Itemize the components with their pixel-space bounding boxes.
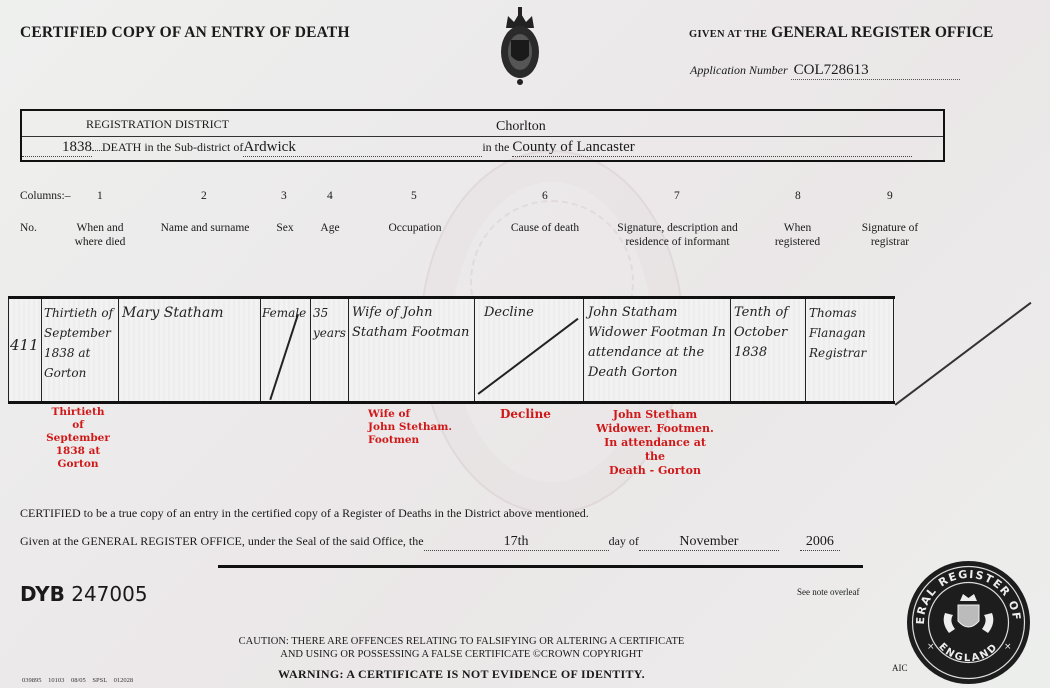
- column-number-4: 4: [327, 190, 333, 202]
- entry-when-where: Thirtieth of September 1838 at Gorton: [44, 303, 116, 383]
- entry-when-registered: Tenth of October 1838: [734, 303, 804, 363]
- header-when-where: When and where died: [70, 221, 130, 249]
- entry-cause: Decline: [484, 303, 534, 323]
- document-title: CERTIFIED COPY OF AN ENTRY OF DEATH: [20, 24, 350, 42]
- cancel-line: [895, 302, 1032, 406]
- column-number-2: 2: [201, 190, 207, 202]
- gro-seal-icon: GENERAL REGISTER OFFICE ENGLAND × ×: [907, 561, 1030, 684]
- transcription-informant: John Stetham Widower. Footmen. In attend…: [595, 408, 715, 478]
- entry-registrar: Thomas Flanagan Registrar: [809, 303, 893, 363]
- issue-day: 17th: [424, 534, 609, 551]
- registration-district-value: Chorlton: [496, 119, 546, 135]
- entry-number: 411: [10, 335, 39, 355]
- column-number-6: 6: [542, 190, 548, 202]
- columns-prefix: Columns:–: [20, 190, 70, 202]
- aic-mark: AIC: [892, 663, 908, 673]
- death-entry-row: 411 Thirtieth of September 1838 at Gorto…: [8, 296, 895, 404]
- transcription-cause: Decline: [500, 408, 551, 421]
- subdistrict-line: 1838DEATH in the Sub-district ofArdwicki…: [22, 139, 943, 157]
- registration-district-box: REGISTRATION DISTRICT Chorlton 1838DEATH…: [20, 109, 945, 162]
- header-when-registered: When registered: [765, 221, 830, 249]
- royal-crest-icon: [498, 6, 542, 86]
- column-number-8: 8: [795, 190, 801, 202]
- column-number-1: 1: [97, 190, 103, 202]
- identity-warning: WARNING: A CERTIFICATE IS NOT EVIDENCE O…: [210, 667, 713, 682]
- print-code: 039895 10103 08/05 SPSL 012028: [22, 677, 133, 684]
- registration-year: 1838: [22, 139, 92, 157]
- svg-text:ENGLAND: ENGLAND: [936, 641, 1000, 664]
- header-no: No.: [20, 221, 37, 235]
- county-value: County of Lancaster: [512, 139, 912, 157]
- column-number-9: 9: [887, 190, 893, 202]
- header-registrar: Signature of registrar: [855, 221, 925, 249]
- divider: [218, 565, 863, 568]
- column-number-5: 5: [411, 190, 417, 202]
- column-number-7: 7: [674, 190, 680, 202]
- issue-month: November: [639, 534, 779, 551]
- given-statement: Given at the GENERAL REGISTER OFFICE, un…: [20, 534, 840, 551]
- application-number: Application Number COL728613: [690, 62, 960, 80]
- issue-year: 2006: [800, 534, 840, 551]
- entry-age: 35 years: [313, 303, 347, 343]
- subdistrict-value: Ardwick: [243, 139, 482, 157]
- header-occupation: Occupation: [375, 221, 455, 235]
- transcription-occupation: Wife of John Stetham. Footmen: [368, 408, 452, 447]
- certificate-serial: DYB 247005: [20, 582, 148, 606]
- svg-text:×: ×: [1004, 642, 1012, 652]
- header-name: Name and surname: [150, 221, 260, 235]
- header-sex: Sex: [270, 221, 300, 235]
- entry-sex: Female: [262, 303, 306, 323]
- svg-text:×: ×: [927, 642, 935, 652]
- header-age: Age: [315, 221, 345, 235]
- issuing-office: GIVEN AT THE GENERAL REGISTER OFFICE: [689, 24, 993, 42]
- transcription-when-where: Thirtieth of September 1838 at Gorton: [44, 406, 112, 471]
- entry-informant: John Statham Widower Footman In attendan…: [588, 303, 730, 383]
- certified-statement: CERTIFIED to be a true copy of an entry …: [20, 506, 589, 521]
- see-note-overleaf: See note overleaf: [797, 587, 859, 597]
- registration-district-label: REGISTRATION DISTRICT: [86, 117, 229, 132]
- caution-notice: CAUTION: THERE ARE OFFENCES RELATING TO …: [210, 635, 713, 661]
- header-informant: Signature, description and residence of …: [605, 221, 750, 249]
- entry-occupation: Wife of John Statham Footman: [352, 303, 472, 343]
- column-number-3: 3: [281, 190, 287, 202]
- entry-name: Mary Statham: [122, 303, 262, 323]
- application-number-value: COL728613: [791, 62, 960, 80]
- header-cause: Cause of death: [500, 221, 590, 235]
